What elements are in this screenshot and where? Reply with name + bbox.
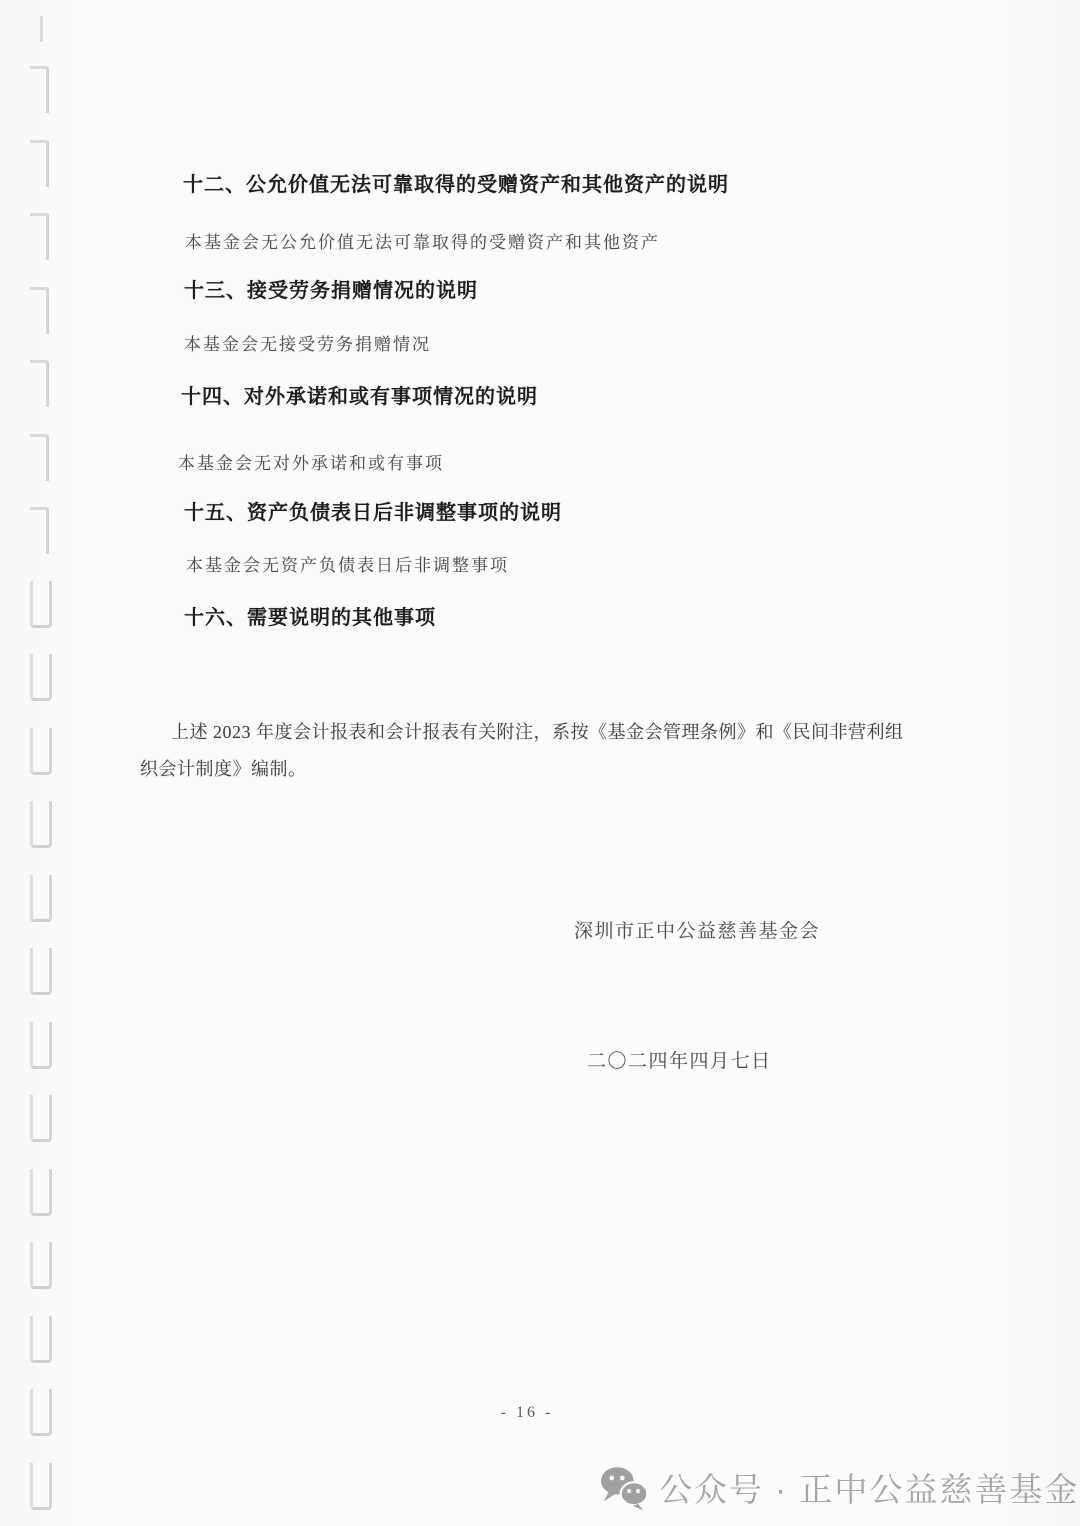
binding-mark [30,801,52,848]
section-body-14: 本基金会无对外承诺和或有事项 [178,449,444,474]
section-heading-15: 十五、资产负债表日后非调整事项的说明 [184,496,562,525]
binding-mark [30,213,49,260]
binding-mark [30,1463,52,1510]
binding-mark [30,287,49,334]
binding-mark [30,1095,52,1142]
document-page: 十二、公允价值无法可靠取得的受赠资产和其他资产的说明 本基金会无公允价值无法可靠… [0,0,1080,1526]
binding-mark [30,507,49,554]
section-body-13: 本基金会无接受劳务捐赠情况 [184,330,431,355]
closing-paragraph-line-1: 上述 2023 年度会计报表和会计报表有关附注，系按《基金会管理条例》和《民间非… [140,714,950,751]
section-heading-12: 十二、公允价值无法可靠取得的受赠资产和其他资产的说明 [183,168,729,197]
binding-mark [30,1242,52,1289]
binding-mark [30,1316,52,1363]
page-number: - 16 - [0,1404,1054,1422]
binding-mark [30,1022,52,1069]
binding-mark [30,581,52,628]
binding-mark [30,360,49,407]
watermark-text: 公众号 · 正中公益慈善基金会 [659,1464,1080,1511]
closing-paragraph: 上述 2023 年度会计报表和会计报表有关附注，系按《基金会管理条例》和《民间非… [140,714,950,788]
section-heading-13: 十三、接受劳务捐赠情况的说明 [184,274,478,303]
binding-mark [30,654,52,701]
section-body-12: 本基金会无公允价值无法可靠取得的受赠资产和其他资产 [185,228,660,253]
signature-date: 二〇二四年四月七日 [587,1046,772,1073]
binding-mark [30,1169,52,1216]
binding-mark [30,728,52,775]
binding-mark [30,66,49,113]
binding-mark [40,16,43,42]
section-heading-16: 十六、需要说明的其他事项 [184,601,436,630]
wechat-icon [599,1465,649,1511]
section-body-15: 本基金会无资产负债表日后非调整事项 [186,551,509,576]
binding-mark [30,948,52,995]
binding-mark [30,875,52,922]
organization-name: 深圳市正中公益慈善基金会 [574,916,820,943]
closing-paragraph-line-2: 织会计制度》编制。 [140,751,950,788]
binding-mark [30,434,49,481]
section-heading-14: 十四、对外承诺和或有事项情况的说明 [181,380,538,409]
wechat-watermark: 公众号 · 正中公益慈善基金会 [599,1464,1080,1511]
binding-mark [30,140,49,187]
